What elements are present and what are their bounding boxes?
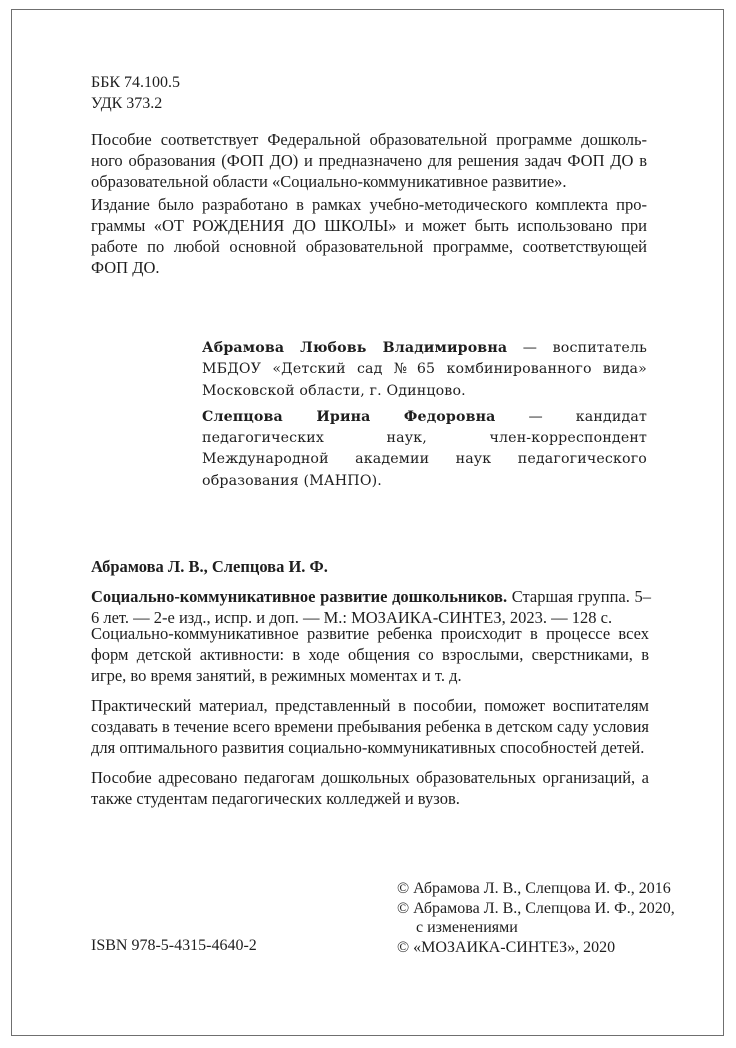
copyright-line-continuation: с изменениями [397, 918, 657, 938]
annotation: Социально-коммуникативное развитие ребен… [91, 623, 649, 818]
intro-section: Пособие соответствует Федеральной образо… [91, 129, 647, 280]
author-name: Абрамова Любовь Владимировна [202, 340, 507, 356]
author-entry: Слепцова Ирина Федоровна — кандидат педа… [202, 407, 647, 492]
book-title: Социально-коммуникативное развитие дошко… [91, 587, 507, 606]
isbn: ISBN 978-5-4315-4640-2 [91, 935, 257, 956]
copyright-line: © Абрамова Л. В., Слепцова И. Ф., 2020, [397, 899, 657, 919]
copyright-line: © «МОЗАИКА-СИНТЕЗ», 2020 [397, 938, 657, 958]
biblio-description: Социально-коммуникативное развитие дошко… [91, 586, 651, 628]
biblio-authors: Абрамова Л. В., Слепцова И. Ф. [91, 556, 651, 577]
udk-code: УДК 373.2 [91, 93, 291, 114]
annotation-paragraph: Пособие адресовано педагогам дошкольных … [91, 767, 649, 809]
copyright-line: © Абрамова Л. В., Слепцова И. Ф., 2016 [397, 879, 657, 899]
author-entry: Абрамова Любовь Владимировна — воспитате… [202, 338, 647, 402]
annotation-paragraph: Практический материал, представленный в … [91, 695, 649, 758]
authors-info: Абрамова Любовь Владимировна — воспитате… [202, 338, 647, 497]
copyright-block: © Абрамова Л. В., Слепцова И. Ф., 2016 ©… [397, 879, 657, 957]
classification-codes: ББК 74.100.5 УДК 373.2 [91, 72, 291, 114]
annotation-paragraph: Социально-коммуникативное развитие ребен… [91, 623, 649, 686]
intro-paragraph-fop: Пособие соответствует Федеральной образо… [91, 129, 647, 192]
author-name: Слепцова Ирина Федоровна [202, 409, 495, 425]
bbk-code: ББК 74.100.5 [91, 72, 291, 93]
intro-paragraph-program: Издание было разработано в рамках учебно… [91, 194, 647, 278]
